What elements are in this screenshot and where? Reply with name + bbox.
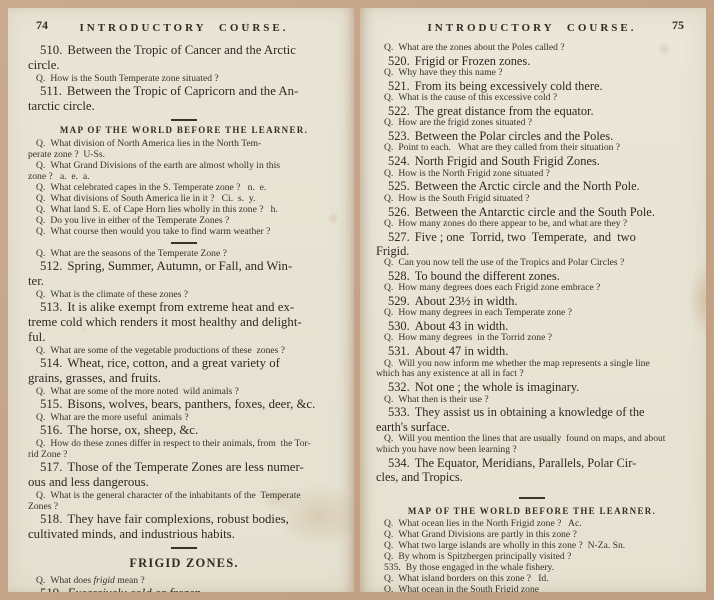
question-label: Q. <box>36 138 50 149</box>
page-header: INTRODUCTORY COURSE. 75 <box>376 18 688 34</box>
answer-number: 532. <box>388 380 415 394</box>
answer-number: 511. <box>40 84 67 98</box>
question-label: Q. <box>36 345 50 356</box>
answer-line: 512.Spring, Summer, Autumn, or Fall, and… <box>28 259 340 289</box>
answer-line: 521.From its being excessively cold ther… <box>376 79 688 93</box>
question-line: Q.Why have they this name ? <box>376 68 688 79</box>
answer-number: 531. <box>388 344 415 358</box>
question-text: How do these zones differ in respect to … <box>28 438 311 460</box>
question-line: Q.What is the general character of the i… <box>28 490 340 512</box>
answer-line: 511.Between the Tropic of Capricorn and … <box>28 84 340 114</box>
right-page: INTRODUCTORY COURSE. 75 Q.What are the z… <box>360 8 706 592</box>
question-text: What two large islands are wholly in thi… <box>398 540 625 551</box>
question-text: What celebrated capes in the S. Temperat… <box>50 182 266 193</box>
question-label: Q. <box>384 433 398 444</box>
answer-text: Those of the Temperate Zones are less nu… <box>28 460 304 489</box>
question-line: Q.How many degrees in the Torrid zone ? <box>376 333 688 344</box>
answer-line: 515.Bisons, wolves, bears, panthers, fox… <box>28 397 340 412</box>
question-line: Q.What are the more useful animals ? <box>28 412 340 423</box>
question-line: Q.What are some of the more noted wild a… <box>28 386 340 397</box>
answer-number: 516. <box>40 423 67 437</box>
question-text: What is the cause of this excessive cold… <box>398 92 557 103</box>
answer-number: 510. <box>40 43 67 57</box>
question-label: Q. <box>384 193 398 204</box>
answer-text: They have fair complexions, robust bodie… <box>28 512 289 541</box>
question-text: What land S. E. of Cape Horn lies wholly… <box>50 204 278 215</box>
answer-number: 527. <box>388 230 415 244</box>
answer-text: Excessively cold or frozen. <box>67 586 204 592</box>
answer-text: The Equator, Meridians, Parallels, Polar… <box>376 456 636 484</box>
question-line: Q.What are the zones about the Poles cal… <box>376 43 688 54</box>
answer-line: 513.It is alike exempt from extreme heat… <box>28 300 340 345</box>
answer-line: 531.About 47 in width. <box>376 344 688 358</box>
separator-rule <box>171 119 197 121</box>
running-title: INTRODUCTORY COURSE. <box>79 22 288 34</box>
question-text: What then is their use ? <box>398 394 488 405</box>
question-label: Q. <box>36 73 50 84</box>
answer-text: About 23½ in width. <box>415 294 518 308</box>
question-label: Q. <box>384 518 398 529</box>
question-line: Q.How many degrees in each Temperate zon… <box>376 308 688 319</box>
answer-line: 520.Frigid or Frozen zones. <box>376 54 688 68</box>
question-line: Q.What Grand Divisions of the earth are … <box>28 160 340 182</box>
answer-line: 523.Between the Polar circles and the Po… <box>376 129 688 143</box>
question-text: What are some of the vegetable productio… <box>50 345 285 356</box>
question-line: Q.What divisions of South America lie in… <box>28 193 340 204</box>
answer-line: 526.Between the Antarctic circle and the… <box>376 205 688 219</box>
answer-number: 520. <box>388 54 415 68</box>
answer-number: 522. <box>388 104 415 118</box>
question-label: Q. <box>384 307 398 318</box>
page-number: 75 <box>672 18 684 33</box>
answer-text: Between the Antarctic circle and the Sou… <box>415 205 655 219</box>
question-label: Q. <box>384 67 398 78</box>
answer-line: 524.North Frigid and South Frigid Zones. <box>376 154 688 168</box>
question-text: What are the more useful animals ? <box>50 412 188 423</box>
answer-text: It is alike exempt from extreme heat and… <box>28 300 302 344</box>
answer-line: 516.The horse, ox, sheep, &c. <box>28 423 340 438</box>
answer-number: 512. <box>40 259 67 273</box>
question-label: Q. <box>384 394 398 405</box>
answer-line: 525.Between the Arctic circle and the No… <box>376 179 688 193</box>
question-line: Q.What celebrated capes in the S. Temper… <box>28 182 340 193</box>
answer-line: 533.They assist us in obtaining a knowle… <box>376 405 688 433</box>
page-items: 510.Between the Tropic of Cancer and the… <box>28 43 340 592</box>
separator-rule <box>519 497 545 499</box>
question-label: Q. <box>384 358 398 369</box>
question-label: Q. <box>36 160 50 171</box>
question-line: Q.Point to each. What are they called fr… <box>376 143 688 154</box>
answer-number: 513. <box>40 300 67 314</box>
answer-number: 530. <box>388 319 415 333</box>
question-line: Q.What is the climate of these zones ? <box>28 289 340 300</box>
question-label: Q. <box>36 412 50 423</box>
question-text: How are the frigid zones situated ? <box>398 117 532 128</box>
answer-number: 514. <box>40 356 67 370</box>
question-label: Q. <box>36 248 50 259</box>
question-text: Point to each. What are they called from… <box>398 142 620 153</box>
question-text: frigid <box>94 575 115 586</box>
running-title: INTRODUCTORY COURSE. <box>427 22 636 34</box>
answer-line: 528.To bound the different zones. <box>376 269 688 283</box>
question-text: Will you now inform me whether the map r… <box>376 358 650 380</box>
question-label: Q. <box>36 289 50 300</box>
answer-text: About 47 in width. <box>415 344 509 358</box>
answer-line: 522.The great distance from the equator. <box>376 104 688 118</box>
answer-text: They assist us in obtaining a knowledge … <box>376 405 645 433</box>
answer-text: Frigid or Frozen zones. <box>415 54 531 68</box>
question-line: Q.How is the North Frigid zone situated … <box>376 169 688 180</box>
answer-text: Not one ; the whole is imaginary. <box>415 380 580 394</box>
answer-number: 519. <box>40 586 67 592</box>
answer-text: From its being excessively cold there. <box>415 79 603 93</box>
question-text: What are the zones about the Poles calle… <box>398 42 564 53</box>
answer-text: North Frigid and South Frigid Zones. <box>415 154 600 168</box>
question-text: What are some of the more noted wild ani… <box>50 386 239 397</box>
question-text: How many degrees does each Frigid zone e… <box>398 282 600 293</box>
page-items: Q.What are the zones about the Poles cal… <box>376 43 688 592</box>
question-line: Q.What division of North America lies in… <box>28 138 340 160</box>
question-line: Q.What are some of the vegetable product… <box>28 345 340 356</box>
answer-number: 515. <box>40 397 67 411</box>
question-label: Q. <box>384 332 398 343</box>
question-label: Q. <box>36 386 50 397</box>
answer-line: 510.Between the Tropic of Cancer and the… <box>28 43 340 73</box>
question-label: 535. <box>384 562 406 573</box>
question-line: Q.How do these zones differ in respect t… <box>28 438 340 460</box>
question-line: Q.How many zones do there appear to be, … <box>376 219 688 230</box>
question-text: Can you now tell the use of the Tropics … <box>398 257 624 268</box>
section-heading: MAP OF THE WORLD BEFORE THE LEARNER. <box>28 125 340 135</box>
question-label: Q. <box>384 282 398 293</box>
question-text: What divisions of South America lie in i… <box>50 193 255 204</box>
question-text: Do you live in either of the Temperate Z… <box>50 215 229 226</box>
answer-text: About 43 in width. <box>415 319 509 333</box>
book-spread: 74 INTRODUCTORY COURSE. 510.Between the … <box>0 0 714 600</box>
answer-line: 518.They have fair complexions, robust b… <box>28 512 340 542</box>
question-text: How is the North Frigid zone situated ? <box>398 168 550 179</box>
question-label: Q. <box>384 540 398 551</box>
question-text: What division of North America lies in t… <box>28 138 261 160</box>
answer-number: 528. <box>388 269 415 283</box>
answer-text: Between the Tropic of Cancer and the Arc… <box>28 43 296 72</box>
answer-text: Between the Polar circles and the Poles. <box>415 129 614 143</box>
question-label: Q. <box>36 490 50 501</box>
question-text: By whom is Spitzbergen principally visit… <box>398 551 571 562</box>
question-label: Q. <box>36 182 50 193</box>
question-text: How many zones do there appear to be, an… <box>398 218 627 229</box>
question-label: Q. <box>36 204 50 215</box>
answer-number: 523. <box>388 129 415 143</box>
question-label: Q. <box>384 42 398 53</box>
answer-line: 532.Not one ; the whole is imaginary. <box>376 380 688 394</box>
question-label: Q. <box>384 92 398 103</box>
question-line: Q.What does frigid mean ? <box>28 575 340 586</box>
answer-number: 521. <box>388 79 415 93</box>
question-label: Q. <box>384 142 398 153</box>
answer-text: Between the Tropic of Capricorn and the … <box>28 84 298 113</box>
question-label: Q. <box>384 218 398 229</box>
question-text: How many degrees in each Temperate zone … <box>398 307 572 318</box>
answer-number: 517. <box>40 460 67 474</box>
question-text: What ocean lies in the North Frigid zone… <box>398 518 581 529</box>
question-label: Q. <box>384 584 398 593</box>
answer-text: Between the Arctic circle and the North … <box>415 179 640 193</box>
answer-number: 524. <box>388 154 415 168</box>
answer-number: 529. <box>388 294 415 308</box>
question-text: What does <box>50 575 93 586</box>
answer-number: 534. <box>388 456 415 470</box>
question-line: Q.How is the South Frigid situated ? <box>376 194 688 205</box>
answer-text: Bisons, wolves, bears, panthers, foxes, … <box>67 397 315 411</box>
section-heading: FRIGID ZONES. <box>28 556 340 571</box>
question-label: Q. <box>384 529 398 540</box>
answer-line: 530.About 43 in width. <box>376 319 688 333</box>
answer-line: 514.Wheat, rice, cotton, and a great var… <box>28 356 340 386</box>
question-text: What is the general character of the inh… <box>28 490 301 512</box>
question-line: Q.Can you now tell the use of the Tropic… <box>376 258 688 269</box>
question-line: Q.What then is their use ? <box>376 395 688 406</box>
question-line: Q.What land S. E. of Cape Horn lies whol… <box>28 204 340 215</box>
question-line: Q.Will you now inform me whether the map… <box>376 359 688 381</box>
question-text: How is the South Frigid situated ? <box>398 193 529 204</box>
question-label: Q. <box>384 573 398 584</box>
question-text: What ocean in the South Frigid zone <box>398 584 539 593</box>
question-label: Q. <box>384 551 398 562</box>
question-line: Q.What ocean in the South Frigid zone <box>376 585 688 593</box>
section-heading: MAP OF THE WORLD BEFORE THE LEARNER. <box>376 506 688 516</box>
question-label: Q. <box>36 226 50 237</box>
answer-number: 526. <box>388 205 415 219</box>
separator-rule <box>171 242 197 244</box>
question-text: What are the seasons of the Temperate Zo… <box>50 248 227 259</box>
answer-text: The horse, ox, sheep, &c. <box>67 423 198 437</box>
question-line: Q.How are the frigid zones situated ? <box>376 118 688 129</box>
question-line: Q.What is the cause of this excessive co… <box>376 93 688 104</box>
question-text: What is the climate of these zones ? <box>50 289 188 300</box>
answer-line: 534.The Equator, Meridians, Parallels, P… <box>376 456 688 484</box>
question-text: How is the South Temperate zone situated… <box>50 73 218 84</box>
answer-line: 519.Excessively cold or frozen. <box>28 586 340 592</box>
question-line: Q.What are the seasons of the Temperate … <box>28 248 340 259</box>
question-line: Q.How is the South Temperate zone situat… <box>28 73 340 84</box>
answer-line: 529.About 23½ in width. <box>376 294 688 308</box>
answer-number: 525. <box>388 179 415 193</box>
answer-number: 533. <box>388 405 415 419</box>
question-label: Q. <box>384 168 398 179</box>
question-label: Q. <box>36 575 50 586</box>
question-text: mean ? <box>115 575 145 586</box>
question-label: Q. <box>384 117 398 128</box>
question-label: Q. <box>36 215 50 226</box>
question-label: Q. <box>36 193 50 204</box>
question-text: What island borders on this zone ? Id. <box>398 573 548 584</box>
question-line: Q.What course then would you take to fin… <box>28 226 340 237</box>
answer-text: Spring, Summer, Autumn, or Fall, and Win… <box>28 259 292 288</box>
answer-line: 517.Those of the Temperate Zones are les… <box>28 460 340 490</box>
separator-rule <box>171 547 197 549</box>
answer-number: 518. <box>40 512 67 526</box>
left-page: 74 INTRODUCTORY COURSE. 510.Between the … <box>8 8 354 592</box>
question-label: Q. <box>384 257 398 268</box>
answer-text: To bound the different zones. <box>415 269 560 283</box>
question-line: Q.How many degrees does each Frigid zone… <box>376 283 688 294</box>
question-text: How many degrees in the Torrid zone ? <box>398 332 552 343</box>
question-text: What course then would you take to find … <box>50 226 270 237</box>
answer-line: 527.Five ; one Torrid, two Temperate, an… <box>376 230 688 258</box>
question-text: Why have they this name ? <box>398 67 502 78</box>
question-text: What Grand Divisions of the earth are al… <box>28 160 280 182</box>
question-line: Q.Do you live in either of the Temperate… <box>28 215 340 226</box>
answer-text: The great distance from the equator. <box>415 104 594 118</box>
question-line: Q.Will you mention the lines that are us… <box>376 434 688 456</box>
page-number: 74 <box>36 18 48 33</box>
question-text: What Grand Divisions are partly in this … <box>398 529 577 540</box>
question-label: Q. <box>36 438 50 449</box>
question-text: By those engaged in the whale fishery. <box>406 562 554 573</box>
question-text: Will you mention the lines that are usua… <box>376 433 665 455</box>
answer-text: Five ; one Torrid, two Temperate, and tw… <box>376 230 636 258</box>
page-header: 74 INTRODUCTORY COURSE. <box>28 18 340 34</box>
